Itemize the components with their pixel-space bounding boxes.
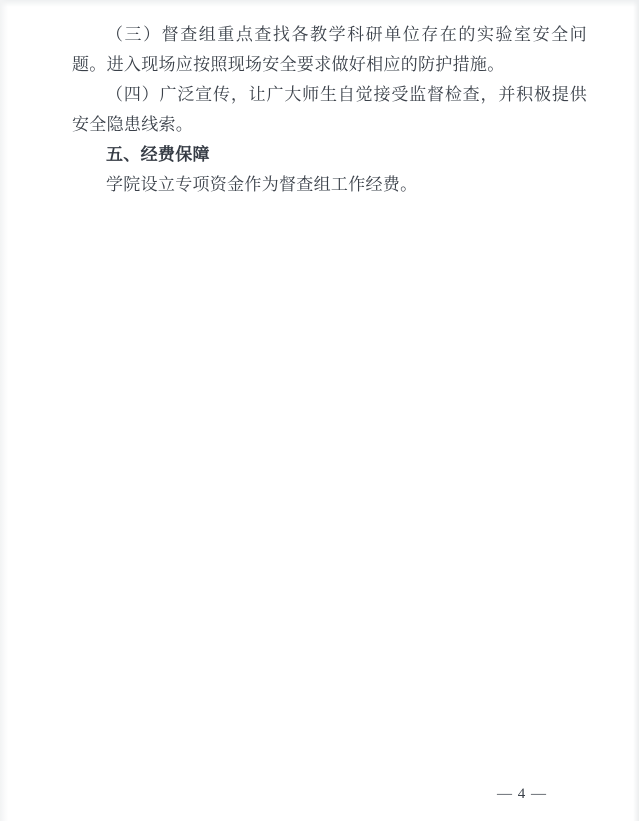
- scan-edge-top: [0, 0, 639, 7]
- document-text-block: （三）督查组重点查找各教学科研单位存在的实验室安全问题。进入现场应按照现场安全要…: [72, 20, 587, 200]
- document-page: （三）督查组重点查找各教学科研单位存在的实验室安全问题。进入现场应按照现场安全要…: [0, 0, 639, 821]
- scan-edge-left: [0, 0, 8, 821]
- section-body-funding: 学院设立专项资金作为督查组工作经费。: [72, 170, 587, 200]
- page-number: — 4 —: [497, 786, 547, 803]
- paragraph-item-3: （三）督查组重点查找各教学科研单位存在的实验室安全问题。进入现场应按照现场安全要…: [72, 20, 587, 80]
- section-heading-funding: 五、经费保障: [72, 140, 587, 170]
- scan-edge-right: [633, 0, 639, 821]
- paragraph-item-4: （四）广泛宣传，让广大师生自觉接受监督检查，并积极提供安全隐患线索。: [72, 80, 587, 140]
